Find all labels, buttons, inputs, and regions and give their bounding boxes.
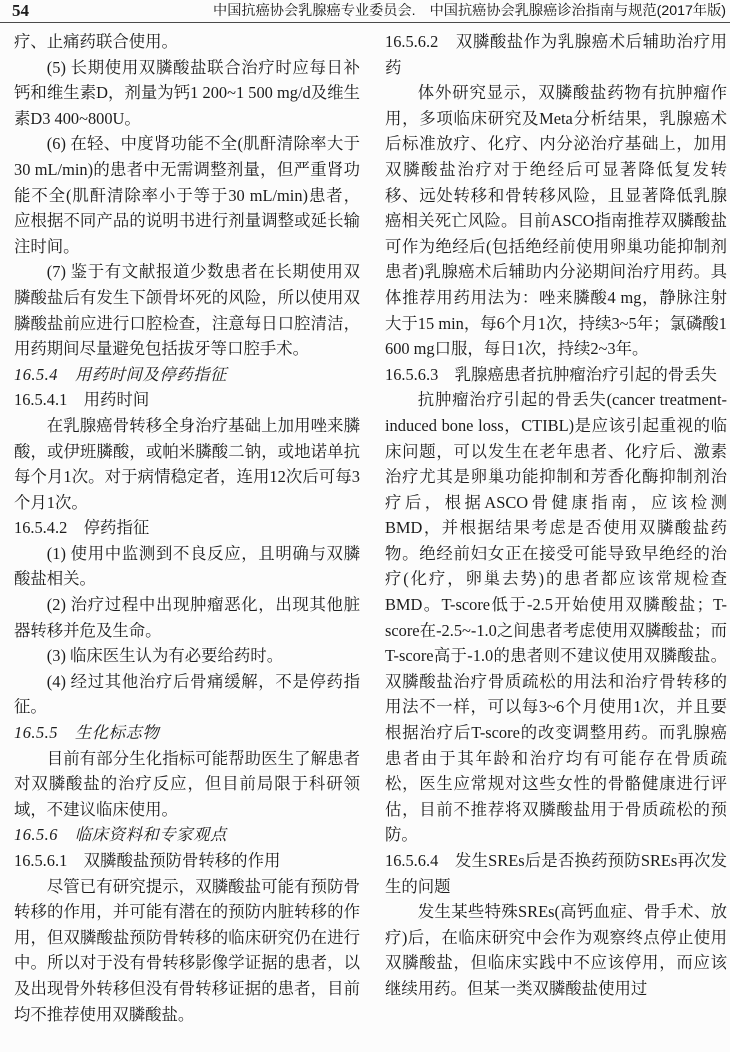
running-title: 中国抗癌协会乳腺癌专业委员会.中国抗癌协会乳腺癌诊治指南与规范(2017年版) — [213, 3, 726, 20]
page-header: 54 中国抗癌协会乳腺癌专业委员会.中国抗癌协会乳腺癌诊治指南与规范(2017年… — [0, 0, 730, 23]
running-title-guide: 中国抗癌协会乳腺癌诊治指南与规范(2017年版) — [430, 3, 726, 19]
paragraph: (1) 使用中监测到不良反应，且明确与双膦酸盐相关。 — [14, 541, 360, 592]
paragraph: 尽管已有研究提示，双膦酸盐可能有预防骨转移的作用，并可能有潜在的预防内脏转移的作… — [14, 874, 360, 1028]
section-heading-16-5-6-1: 16.5.6.1 双膦酸盐预防骨转移的作用 — [14, 848, 360, 874]
paragraph: (3) 临床医生认为有必要给药时。 — [14, 643, 360, 669]
paragraph: (6) 在轻、中度肾功能不全(肌酐清除率大于30 mL/min)的患者中无需调整… — [14, 131, 360, 259]
section-heading-16-5-4: 16.5.4 用药时间及停药指征 — [14, 362, 360, 388]
section-heading-16-5-6-3: 16.5.6.3 乳腺癌患者抗肿瘤治疗引起的骨丢失 — [385, 362, 727, 388]
paragraph: (7) 鉴于有文献报道少数患者在长期使用双膦酸盐后有发生下颌骨坏死的风险，所以使… — [14, 259, 360, 361]
running-title-society: 中国抗癌协会乳腺癌专业委员会. — [213, 3, 416, 19]
section-heading-16-5-6-4: 16.5.6.4 发生SREs后是否换药预防SREs再次发生的问题 — [385, 848, 727, 899]
section-heading-16-5-4-1: 16.5.4.1 用药时间 — [14, 387, 360, 413]
document-page: { "header": { "page_number": "54", "soci… — [0, 0, 730, 1052]
page-number: 54 — [12, 2, 29, 20]
paragraph-continued: 疗、止痛药联合使用。 — [14, 29, 360, 55]
paragraph: 抗肿瘤治疗引起的骨丢失(cancer treatment-induced bon… — [385, 387, 727, 848]
paragraph: (5) 长期使用双膦酸盐联合治疗时应每日补钙和维生素D，剂量为钙1 200~1 … — [14, 55, 360, 132]
section-heading-16-5-6: 16.5.6 临床资料和专家观点 — [14, 822, 360, 848]
section-heading-16-5-5: 16.5.5 生化标志物 — [14, 720, 360, 746]
section-heading-16-5-6-2: 16.5.6.2 双膦酸盐作为乳腺癌术后辅助治疗用药 — [385, 29, 727, 80]
left-column: 疗、止痛药联合使用。 (5) 长期使用双膦酸盐联合治疗时应每日补钙和维生素D，剂… — [14, 29, 360, 1027]
paragraph: 目前有部分生化指标可能帮助医生了解患者对双膦酸盐的治疗反应，但目前局限于科研领域… — [14, 746, 360, 823]
paragraph: (4) 经过其他治疗后骨痛缓解，不是停药指征。 — [14, 669, 360, 720]
right-column: 16.5.6.2 双膦酸盐作为乳腺癌术后辅助治疗用药 体外研究显示，双膦酸盐药物… — [385, 29, 727, 1027]
section-heading-16-5-4-2: 16.5.4.2 停药指征 — [14, 515, 360, 541]
paragraph: (2) 治疗过程中出现肿瘤恶化，出现其他脏器转移并危及生命。 — [14, 592, 360, 643]
paragraph: 发生某些特殊SREs(高钙血症、骨手术、放疗)后，在临床研究中会作为观察终点停止… — [385, 899, 727, 1001]
paragraph: 体外研究显示，双膦酸盐药物有抗肿瘤作用，多项临床研究及Meta分析结果，乳腺癌术… — [385, 80, 727, 362]
paragraph: 在乳腺癌骨转移全身治疗基础上加用唑来膦酸，或伊班膦酸，或帕米膦酸二钠，或地诺单抗… — [14, 413, 360, 515]
page-body: 疗、止痛药联合使用。 (5) 长期使用双膦酸盐联合治疗时应每日补钙和维生素D，剂… — [0, 23, 730, 1027]
